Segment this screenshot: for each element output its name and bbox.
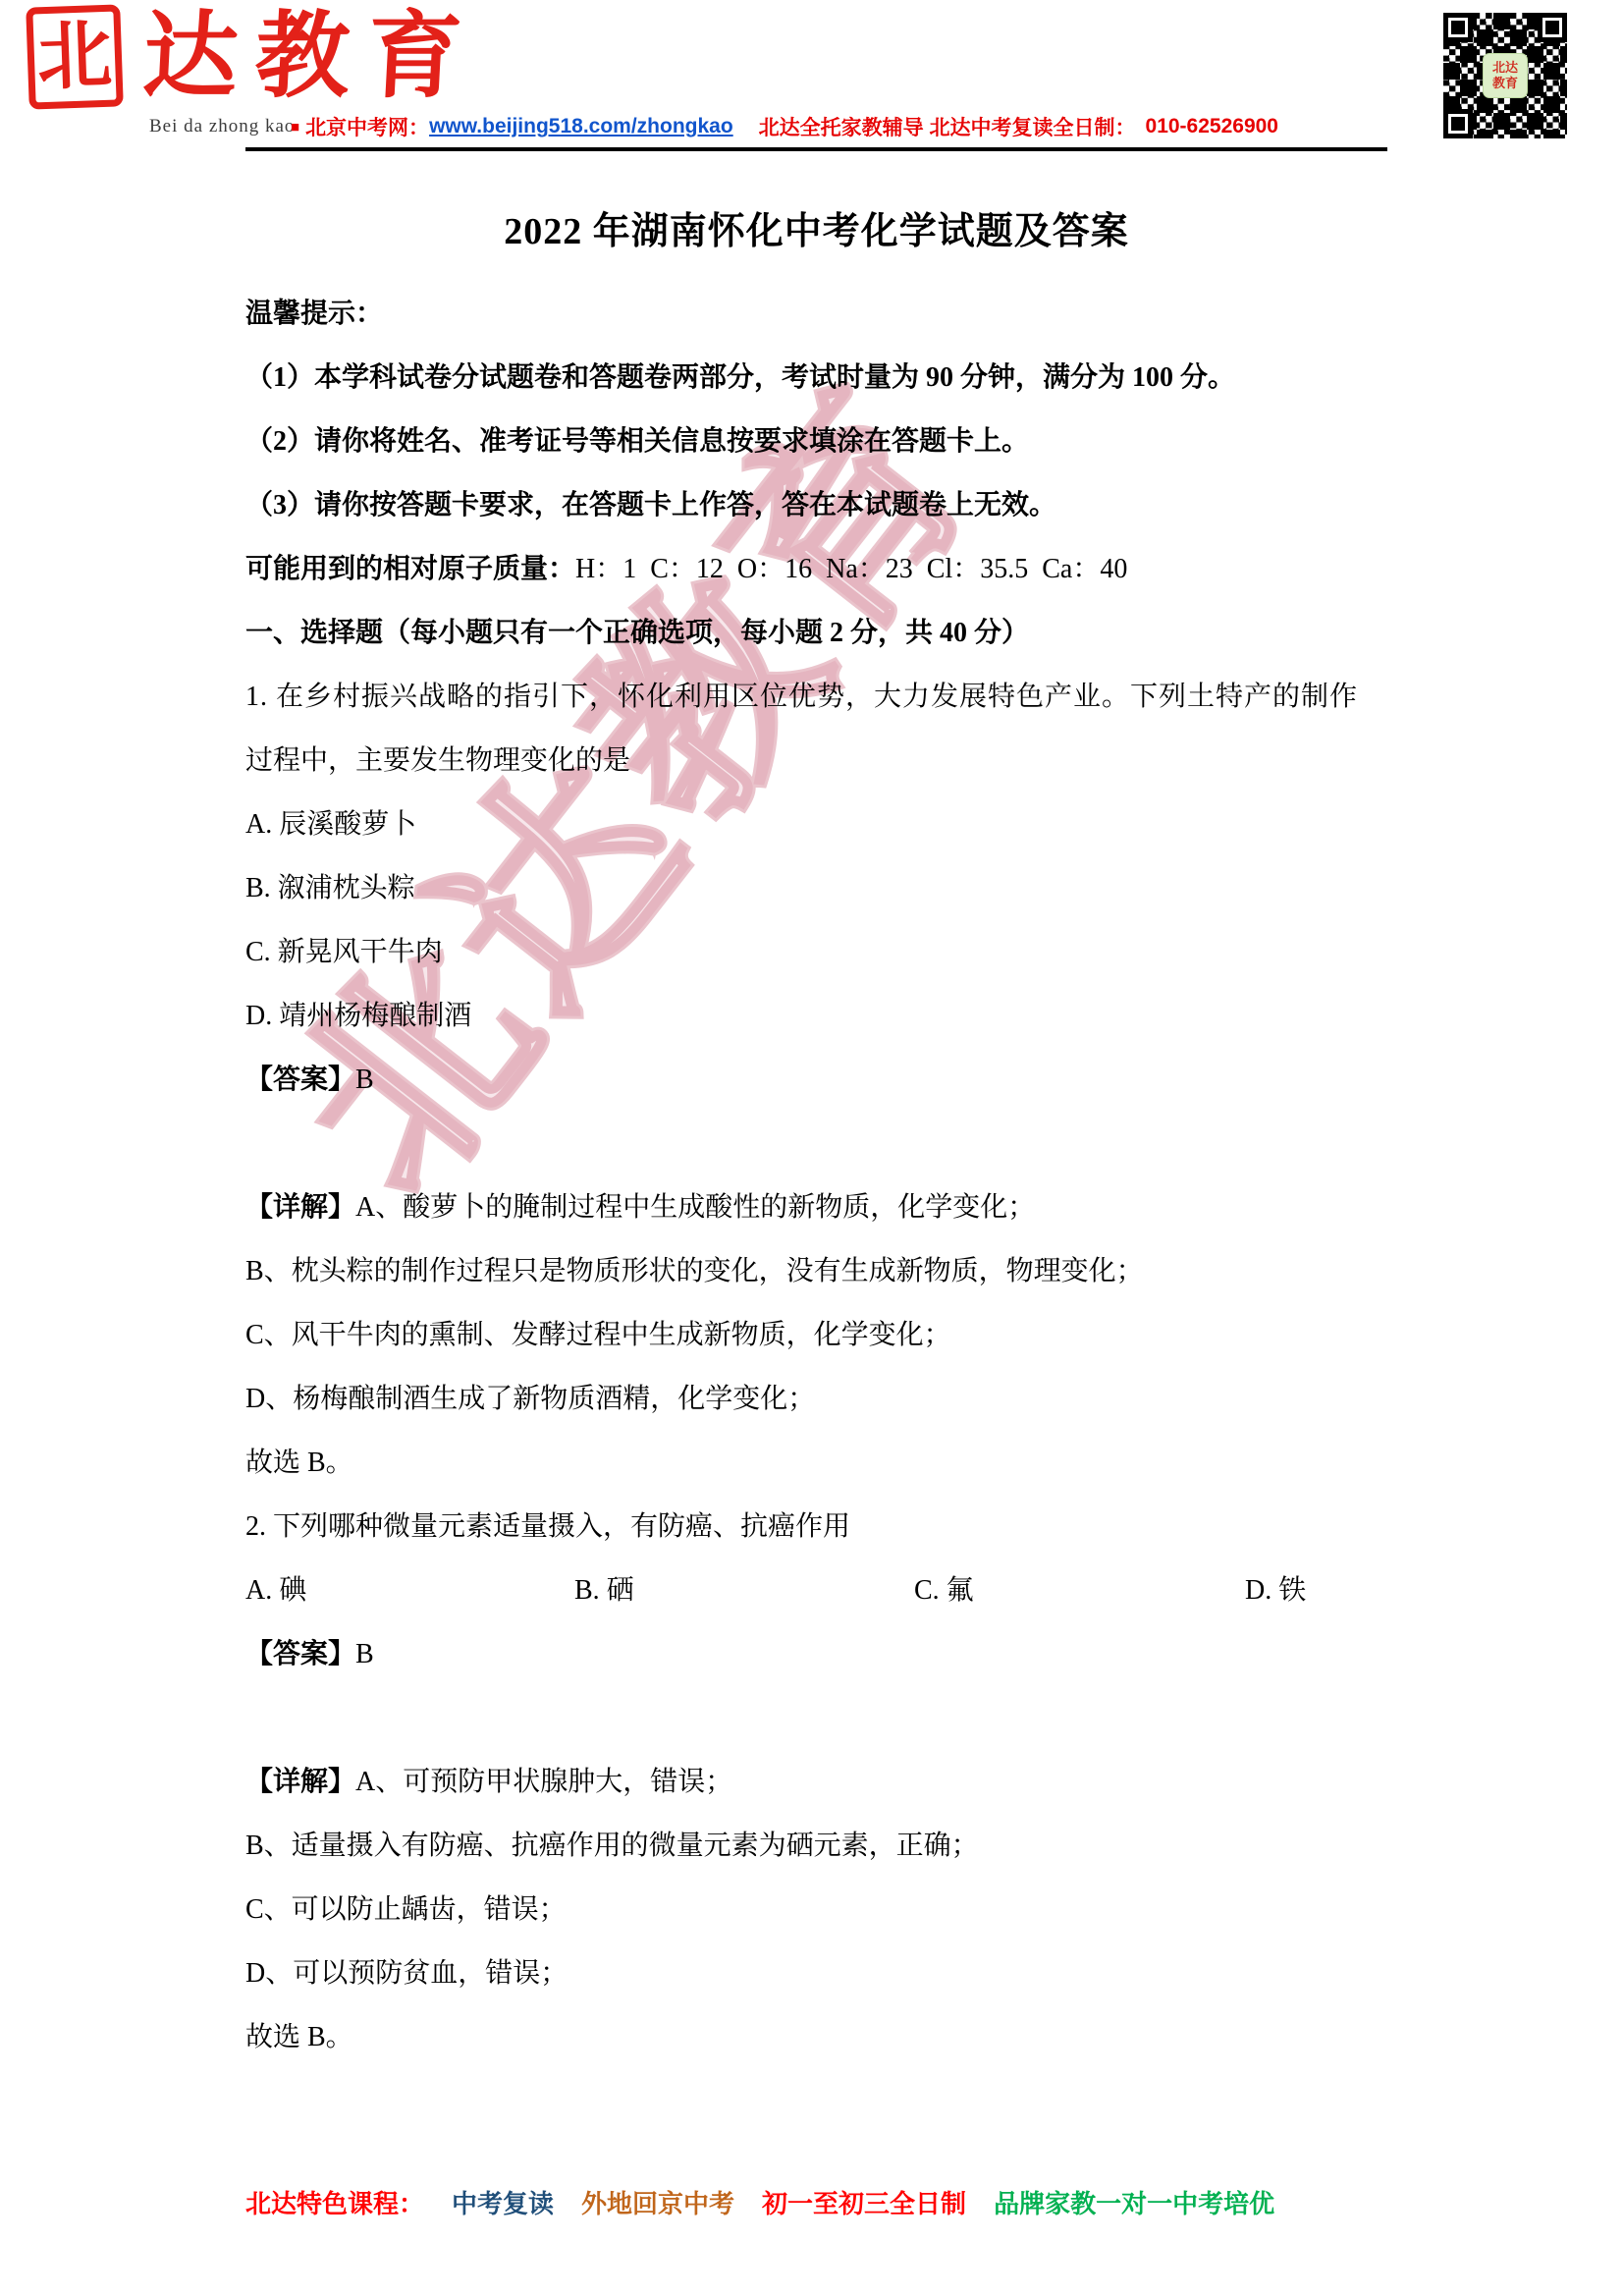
footer-label: 北达特色课程：	[245, 2184, 424, 2220]
analysis-text: A、酸萝卜的腌制过程中生成酸性的新物质，化学变化；	[355, 1194, 1035, 1222]
q1-conclusion: 故选 B。	[245, 1431, 1388, 1495]
qr-finder-icon	[1443, 13, 1473, 42]
q1-analysis-line-d: D、杨梅酿制酒生成了新物质酒精，化学变化；	[245, 1367, 1388, 1431]
qr-finder-icon	[1538, 13, 1567, 42]
analysis-text: A、可预防甲状腺肿大，错误；	[355, 1769, 732, 1796]
q1-stem-line1: 1. 在乡村振兴战略的指引下，怀化利用区位优势，大力发展特色产业。下列土特产的制…	[245, 665, 1388, 729]
site-link[interactable]: www.beijing518.com/zhongkao	[429, 115, 733, 138]
answer-tag: 【答案】	[245, 1066, 355, 1094]
document-page: 北 达教育 Bei da zhong kao ■ 北京中考网： www.beij…	[0, 0, 1623, 2296]
qr-label-line: 教育	[1492, 76, 1518, 91]
q2-analysis-line-b: B、适量摄入有防癌、抗癌作用的微量元素为硒元素，正确；	[245, 1814, 1388, 1878]
q2-option-b: B. 硒	[574, 1577, 634, 1605]
atomic-mass-label: 可能用到的相对原子质量：	[245, 556, 575, 583]
square-bullet-icon: ■	[291, 119, 299, 136]
answer-value: B	[355, 1066, 374, 1094]
spacer-line	[245, 1686, 1388, 1750]
header-divider	[245, 147, 1387, 151]
footer-program-4: 品牌家教一对一中考培优	[994, 2184, 1274, 2220]
q1-option-c: C. 新晃风干牛肉	[245, 920, 1388, 984]
footer-program-3: 初一至初三全日制	[762, 2184, 966, 2220]
brand-wordmark: 达教育	[140, 0, 482, 114]
page-title: 2022 年湖南怀化中考化学试题及答案	[245, 200, 1387, 254]
notice-heading: 温馨提示：	[245, 282, 1388, 346]
q1-stem-line2: 过程中，主要发生物理变化的是	[245, 729, 1388, 793]
qr-center-label: 北达 教育	[1483, 53, 1528, 98]
q1-analysis-line-b: B、枕头粽的制作过程只是物质形状的变化，没有生成新物质，物理变化；	[245, 1239, 1388, 1303]
q2-option-a: A. 碘	[245, 1577, 306, 1605]
qr-label-line: 北达	[1492, 60, 1518, 76]
q2-option-c: C. 氟	[914, 1577, 974, 1605]
q2-answer-line: 【答案】B	[245, 1622, 1388, 1686]
answer-value: B	[355, 1641, 374, 1668]
q2-analysis-line-d: D、可以预防贫血，错误；	[245, 1941, 1388, 2005]
notice-item-1: （1）本学科试卷分试题卷和答题卷两部分，考试时量为 90 分钟，满分为 100 …	[245, 346, 1388, 410]
notice-item-2: （2）请你将姓名、准考证号等相关信息按要求填涂在答题卡上。	[245, 410, 1388, 473]
atomic-mass-line: 可能用到的相对原子质量：H：1 C：12 O：16 Na：23 Cl：35.5 …	[245, 537, 1388, 601]
q2-analysis-line-c: C、可以防止龋齿，错误；	[245, 1878, 1388, 1941]
q1-option-b: B. 溆浦枕头粽	[245, 856, 1388, 920]
footer: 北达特色课程： 中考复读 外地回京中考 初一至初三全日制 品牌家教一对一中考培优	[245, 2184, 1388, 2220]
qr-code: 北达 教育	[1438, 8, 1572, 143]
analysis-tag: 【详解】	[245, 1769, 355, 1796]
site-label: 北京中考网：	[305, 112, 429, 141]
q1-option-a: A. 辰溪酸萝卜	[245, 793, 1388, 856]
header-info-line: ■ 北京中考网： www.beijing518.com/zhongkao 北达全…	[291, 112, 1278, 141]
q2-options-row: A. 碘 B. 硒 C. 氟 D. 铁	[245, 1558, 1388, 1622]
analysis-tag: 【详解】	[245, 1194, 355, 1222]
q1-option-d: D. 靖州杨梅酿制酒	[245, 984, 1388, 1048]
notice-item-3: （3）请你按答题卡要求，在答题卡上作答，答在本试题卷上无效。	[245, 473, 1388, 537]
qr-finder-icon	[1443, 109, 1473, 138]
q1-analysis-line-a: 【详解】A、酸萝卜的腌制过程中生成酸性的新物质，化学变化；	[245, 1175, 1388, 1239]
footer-program-1: 中考复读	[452, 2184, 554, 2220]
document-body: 温馨提示： （1）本学科试卷分试题卷和答题卷两部分，考试时量为 90 分钟，满分…	[245, 282, 1388, 2069]
brand-seal-char: 北	[36, 19, 114, 96]
q2-option-d: D. 铁	[1245, 1577, 1306, 1605]
answer-tag: 【答案】	[245, 1641, 355, 1668]
brand-seal: 北	[26, 4, 124, 109]
brand-pinyin: Bei da zhong kao	[149, 116, 295, 137]
q2-analysis-line-a: 【详解】A、可预防甲状腺肿大，错误；	[245, 1750, 1388, 1814]
phone-number: 010-62526900	[1146, 115, 1278, 138]
spacer-line	[245, 1112, 1388, 1175]
atomic-mass-values: H：1 C：12 O：16 Na：23 Cl：35.5 Ca：40	[575, 556, 1127, 583]
footer-program-2: 外地回京中考	[581, 2184, 734, 2220]
section-heading: 一、选择题（每小题只有一个正确选项，每小题 2 分，共 40 分）	[245, 601, 1388, 665]
services-text: 北达全托家教辅导 北达中考复读全日制：	[759, 112, 1136, 141]
q2-stem: 2. 下列哪种微量元素适量摄入，有防癌、抗癌作用	[245, 1495, 1388, 1558]
q2-conclusion: 故选 B。	[245, 2005, 1388, 2069]
q1-analysis-line-c: C、风干牛肉的熏制、发酵过程中生成新物质，化学变化；	[245, 1303, 1388, 1367]
q1-answer-line: 【答案】B	[245, 1048, 1388, 1112]
